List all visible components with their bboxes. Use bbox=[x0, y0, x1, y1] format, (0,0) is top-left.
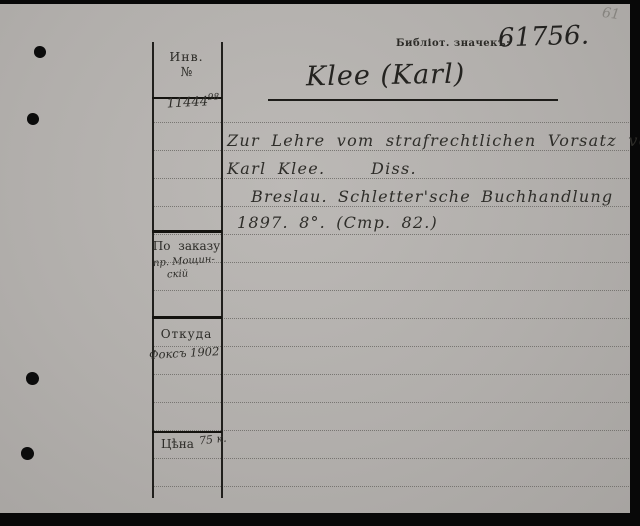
ruled-line bbox=[152, 374, 629, 375]
ruled-line bbox=[152, 486, 629, 487]
origin-value: Фоксъ 1902 bbox=[149, 344, 220, 362]
ink-dot bbox=[21, 447, 34, 460]
entry-author-diss-line: Karl Klee. Diss. bbox=[227, 159, 417, 178]
ruled-line bbox=[152, 346, 629, 347]
ruled-line bbox=[152, 290, 629, 291]
ruled-line bbox=[152, 262, 629, 263]
ink-dot bbox=[26, 372, 39, 385]
order-value-line2: скій bbox=[167, 268, 189, 280]
ruled-line bbox=[152, 234, 629, 235]
scan-edge-right bbox=[630, 0, 640, 526]
ink-dot bbox=[34, 46, 46, 58]
entry-publisher-line: Breslau. Schletter'sche Buchhandlung bbox=[251, 187, 613, 206]
entry-heading-author: Klee (Karl) bbox=[306, 59, 466, 93]
ruled-line bbox=[152, 122, 629, 123]
inventory-number-sup: 98 bbox=[208, 92, 220, 103]
column-right-rule bbox=[221, 42, 223, 498]
ruled-line bbox=[152, 458, 629, 459]
order-label: По заказу bbox=[152, 239, 221, 253]
inventory-number-value: 1144498 bbox=[157, 77, 220, 111]
inventory-label-line2: № bbox=[152, 64, 221, 79]
scan-edge-top bbox=[0, 0, 640, 4]
entry-year-pages-line: 1897. 8°. (Стр. 82.) bbox=[237, 213, 438, 232]
catalog-card-scan: { "corner_note": "61", "stamp": { "label… bbox=[0, 0, 640, 526]
ruled-line bbox=[152, 318, 629, 319]
entry-title-line: Zur Lehre vom strafrechtlichen Vorsatz v… bbox=[227, 131, 640, 150]
section-separator bbox=[152, 230, 222, 233]
library-stamp-label: Библіот. значекъ: bbox=[396, 38, 510, 49]
ruled-line bbox=[152, 402, 629, 403]
ruled-line bbox=[152, 206, 629, 207]
pencil-page-number: 61 bbox=[601, 5, 621, 23]
origin-label: Откуда bbox=[152, 327, 221, 341]
inventory-number-main: 11444 bbox=[166, 94, 208, 111]
section-separator bbox=[152, 316, 222, 319]
library-stamp-number: 61756. bbox=[498, 20, 590, 53]
order-value-line1: пр. Мощин- bbox=[153, 254, 215, 269]
price-label: Цѣна bbox=[161, 437, 194, 451]
heading-underline bbox=[268, 99, 558, 101]
ink-dot bbox=[27, 113, 39, 125]
column-left-rule bbox=[152, 42, 154, 498]
ruled-line bbox=[152, 178, 629, 179]
inventory-label-line1: Инв. bbox=[152, 49, 221, 64]
ruled-line bbox=[152, 150, 629, 151]
scan-edge-bottom bbox=[0, 513, 640, 526]
